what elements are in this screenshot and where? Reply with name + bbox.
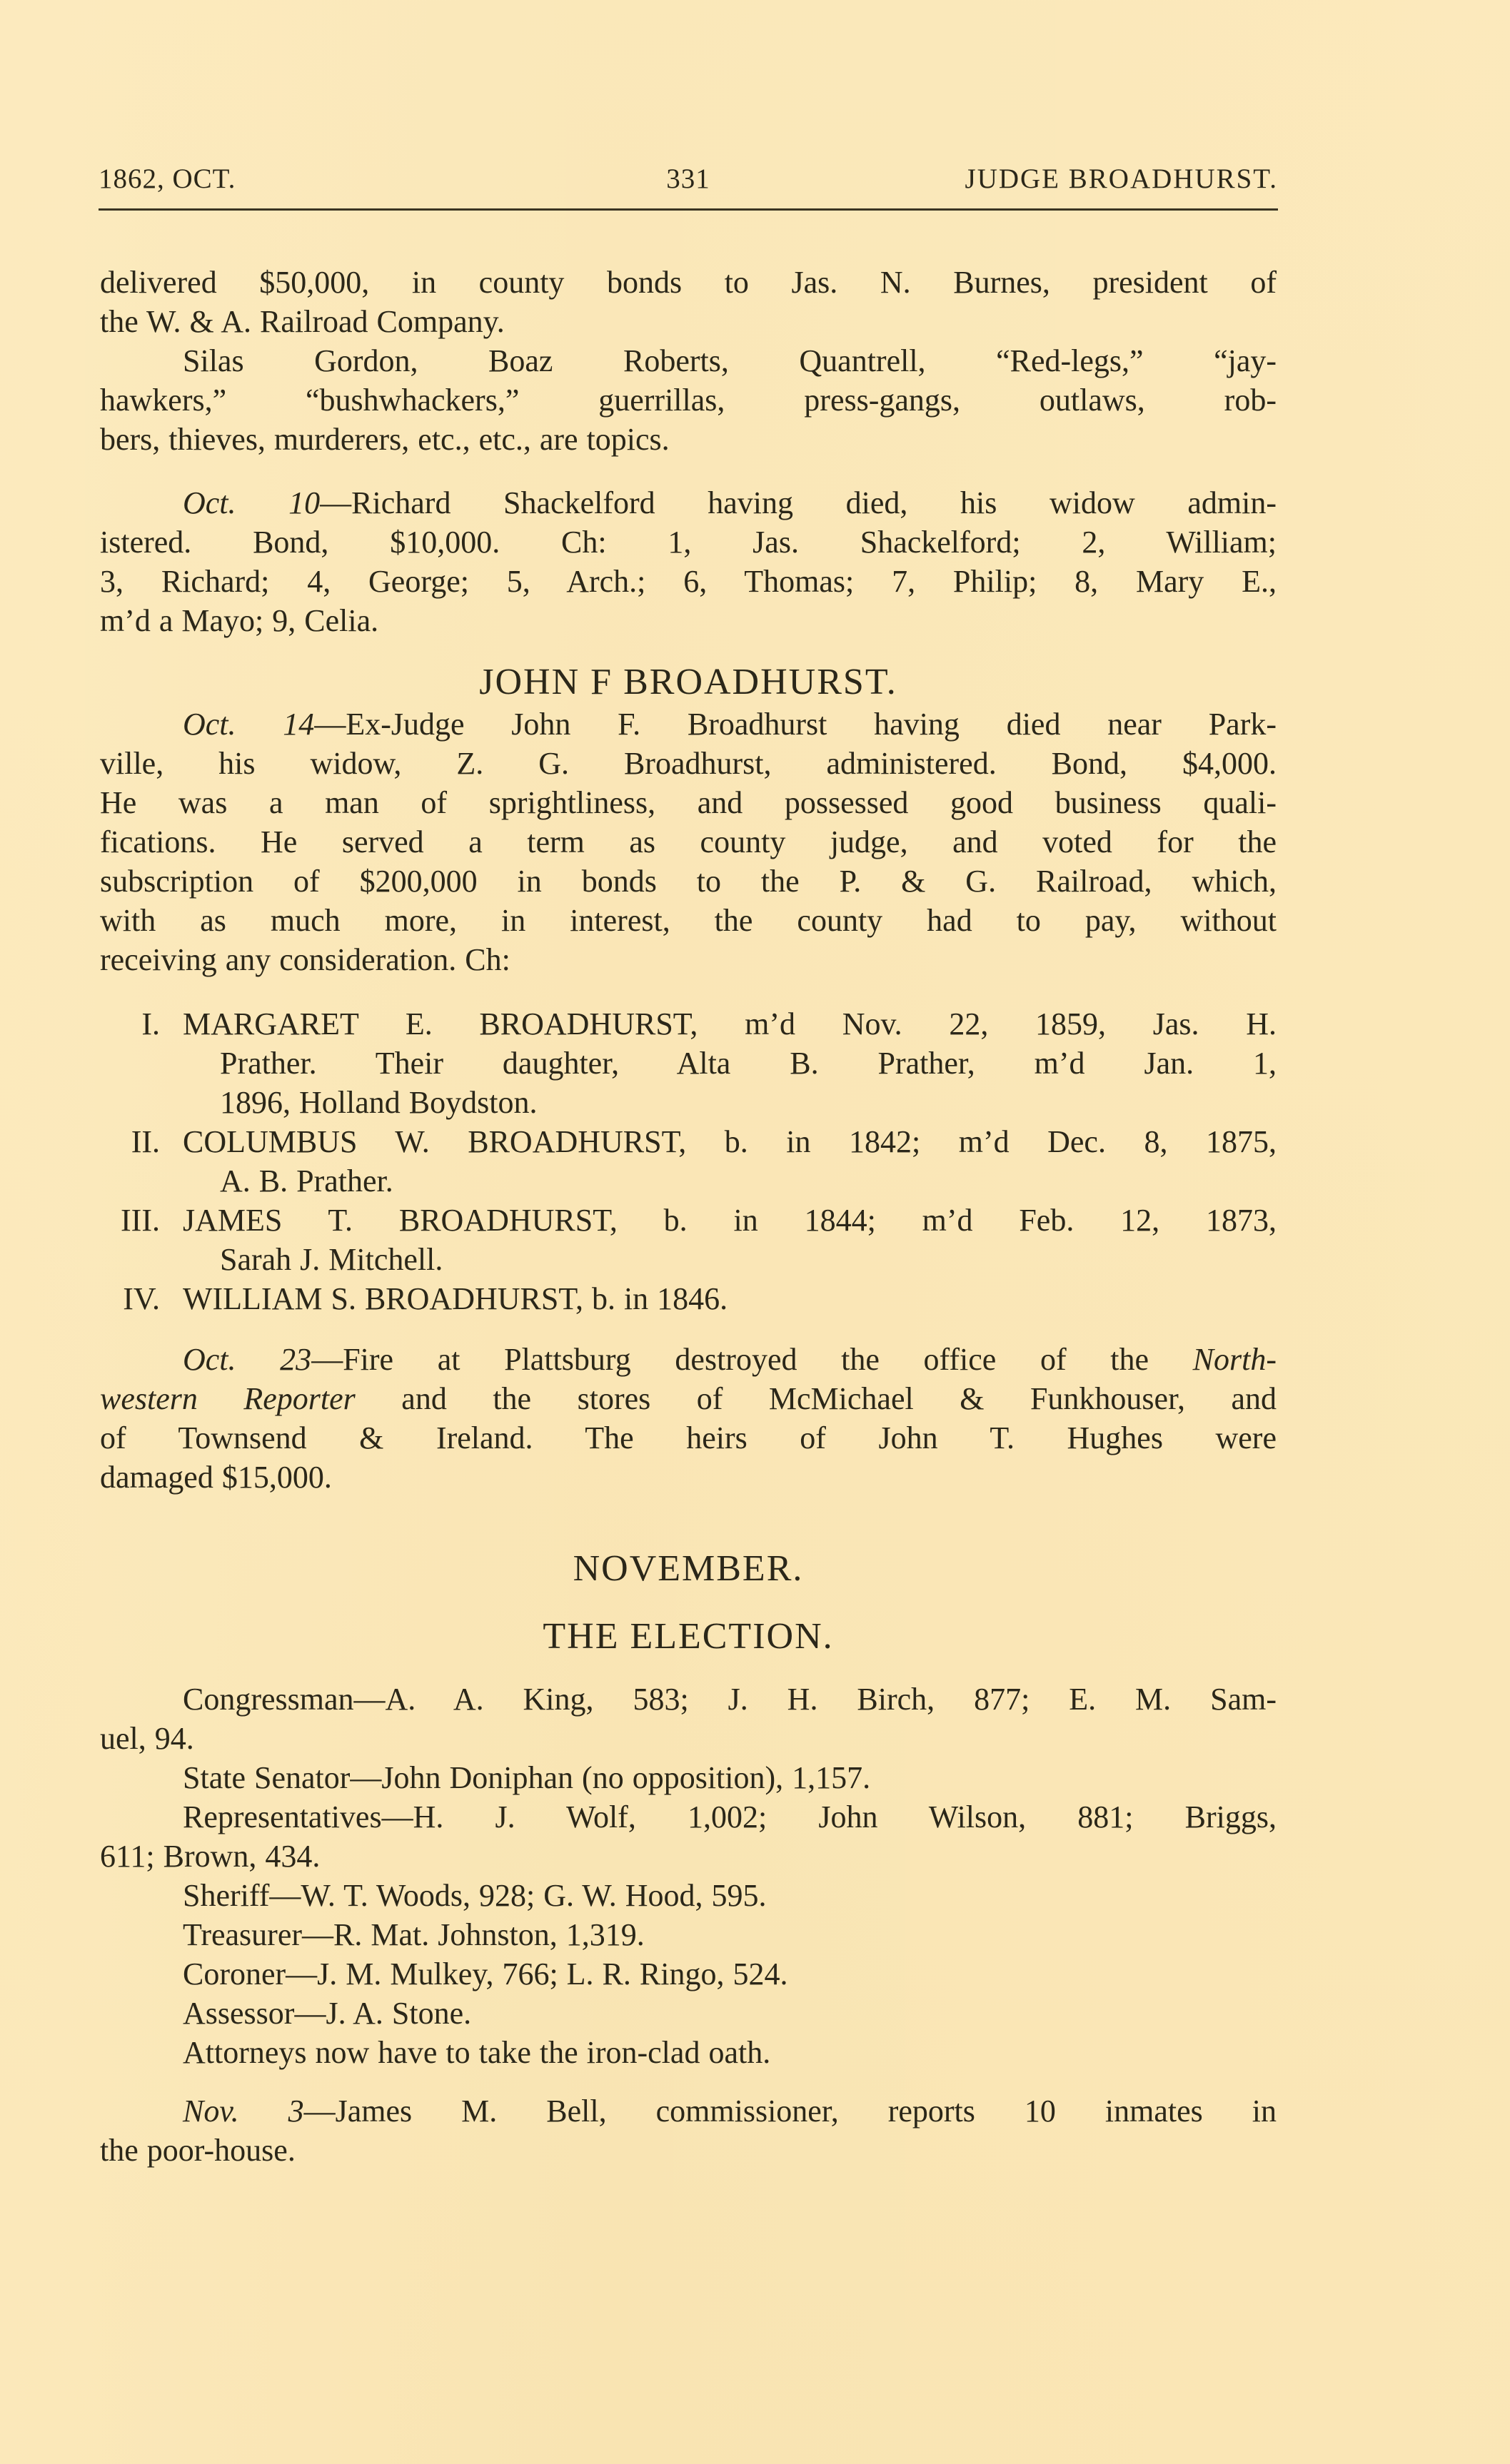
text-line: western Reporter and the stores of McMic… (100, 1379, 1277, 1418)
entry-oct-23: Oct. 23—Fire at Plattsburg destroyed the… (100, 1340, 1277, 1497)
entry-date: Oct. 23 (183, 1342, 311, 1377)
section-heading-november: NOVEMBER. (100, 1547, 1277, 1590)
entry-date: Oct. 10 (183, 485, 320, 520)
header-rule (99, 208, 1278, 211)
election-assessor: Assessor—J. A. Stone. (100, 1994, 1277, 2033)
text-line: hawkers,” “bushwhackers,” guerrillas, pr… (100, 380, 1277, 420)
text-span: —Fire at Plattsburg destroyed the office… (311, 1342, 1192, 1377)
text-line: m’d a Mayo; 9, Celia. (100, 601, 1277, 640)
election-representatives: Representatives—H. J. Wolf, 1,002; John … (100, 1797, 1277, 1837)
text-line: receiving any consideration. Ch: (100, 940, 1277, 979)
section-heading-election: THE ELECTION. (100, 1615, 1277, 1658)
list-numeral: IV. (100, 1279, 160, 1318)
text-line: uel, 94. (100, 1719, 1277, 1758)
text-span: —James M. Bell, commissioner, reports 10… (304, 2094, 1277, 2129)
list-numeral: I. (100, 1004, 160, 1044)
text-line: Oct. 14—Ex-Judge John F. Broadhurst havi… (100, 705, 1277, 744)
text-line: MARGARET E. BROADHURST, m’d Nov. 22, 185… (100, 1004, 1277, 1044)
text-line: subscription of $200,000 in bonds to the… (100, 862, 1277, 901)
text-line: WILLIAM S. BROADHURST, b. in 1846. (100, 1279, 1277, 1318)
election-congressman: Congressman—A. A. King, 583; J. H. Birch… (100, 1680, 1277, 1719)
text-line: fications. He served a term as county ju… (100, 822, 1277, 862)
election-results: Congressman—A. A. King, 583; J. H. Birch… (100, 1680, 1277, 2072)
entry-oct-10: Oct. 10—Richard Shackelford having died,… (100, 483, 1277, 640)
text-line: He was a man of sprightliness, and posse… (100, 783, 1277, 822)
text-line: the W. & A. Railroad Company. (100, 302, 1277, 341)
text-line: of Townsend & Ireland. The heirs of John… (100, 1418, 1277, 1458)
list-item: II. COLUMBUS W. BROADHURST, b. in 1842; … (100, 1122, 1277, 1201)
children-list: I. MARGARET E. BROADHURST, m’d Nov. 22, … (100, 1004, 1277, 1318)
text-line: JAMES T. BROADHURST, b. in 1844; m’d Feb… (100, 1201, 1277, 1240)
text-line: bers, thieves, murderers, etc., etc., ar… (100, 420, 1277, 459)
text-line: A. B. Prather. (100, 1161, 1277, 1201)
text-span: —Richard Shackelford having died, his wi… (320, 485, 1277, 520)
election-sheriff: Sheriff—W. T. Woods, 928; G. W. Hood, 59… (100, 1876, 1277, 1915)
election-coroner: Coroner—J. M. Mulkey, 766; L. R. Ringo, … (100, 1954, 1277, 1994)
entry-nov-3: Nov. 3—James M. Bell, commissioner, repo… (100, 2091, 1277, 2170)
text-line: Nov. 3—James M. Bell, commissioner, repo… (100, 2091, 1277, 2131)
newspaper-title: western Reporter (100, 1381, 356, 1416)
text-span: and the stores of McMichael & Funkhouser… (356, 1381, 1277, 1416)
attorneys-oath-note: Attorneys now have to take the iron-clad… (100, 2033, 1277, 2072)
newspaper-title: North- (1193, 1342, 1277, 1377)
election-treasurer: Treasurer—R. Mat. Johnston, 1,319. (100, 1915, 1277, 1954)
text-line: damaged $15,000. (100, 1458, 1277, 1497)
list-item: IV. WILLIAM S. BROADHURST, b. in 1846. (100, 1279, 1277, 1318)
text-line: ville, his widow, Z. G. Broadhurst, admi… (100, 744, 1277, 783)
text-line: 611; Brown, 434. (100, 1837, 1277, 1876)
text-span: —Ex-Judge John F. Broadhurst having died… (314, 707, 1277, 742)
text-line: the poor-house. (100, 2131, 1277, 2170)
paragraph-topics: Silas Gordon, Boaz Roberts, Quantrell, “… (100, 341, 1277, 459)
list-numeral: II. (100, 1122, 160, 1161)
text-line: with as much more, in interest, the coun… (100, 901, 1277, 940)
entry-oct-14: Oct. 14—Ex-Judge John F. Broadhurst havi… (100, 705, 1277, 979)
text-line: Silas Gordon, Boaz Roberts, Quantrell, “… (100, 341, 1277, 380)
running-head-title: JUDGE BROADHURST. (965, 161, 1278, 197)
list-item: III. JAMES T. BROADHURST, b. in 1844; m’… (100, 1201, 1277, 1279)
book-page: 1862, OCT. 331 JUDGE BROADHURST. deliver… (0, 0, 1510, 2464)
text-line: 3, Richard; 4, George; 5, Arch.; 6, Thom… (100, 562, 1277, 601)
paragraph-bonds: delivered $50,000, in county bonds to Ja… (100, 263, 1277, 341)
list-item: I. MARGARET E. BROADHURST, m’d Nov. 22, … (100, 1004, 1277, 1122)
text-line: istered. Bond, $10,000. Ch: 1, Jas. Shac… (100, 522, 1277, 562)
entry-date: Nov. 3 (183, 2094, 304, 2129)
section-heading-john-broadhurst: JOHN F BROADHURST. (100, 661, 1277, 704)
text-line: Prather. Their daughter, Alta B. Prather… (100, 1044, 1277, 1083)
election-state-senator: State Senator—John Doniphan (no oppositi… (100, 1758, 1277, 1797)
list-numeral: III. (100, 1201, 160, 1240)
text-line: 1896, Holland Boydston. (100, 1083, 1277, 1122)
text-line: Oct. 23—Fire at Plattsburg destroyed the… (100, 1340, 1277, 1379)
running-head: 1862, OCT. 331 JUDGE BROADHURST. (99, 161, 1278, 197)
text-line: COLUMBUS W. BROADHURST, b. in 1842; m’d … (100, 1122, 1277, 1161)
entry-date: Oct. 14 (183, 707, 314, 742)
text-line: Oct. 10—Richard Shackelford having died,… (100, 483, 1277, 522)
text-line: delivered $50,000, in county bonds to Ja… (100, 263, 1277, 302)
text-line: Sarah J. Mitchell. (100, 1240, 1277, 1279)
